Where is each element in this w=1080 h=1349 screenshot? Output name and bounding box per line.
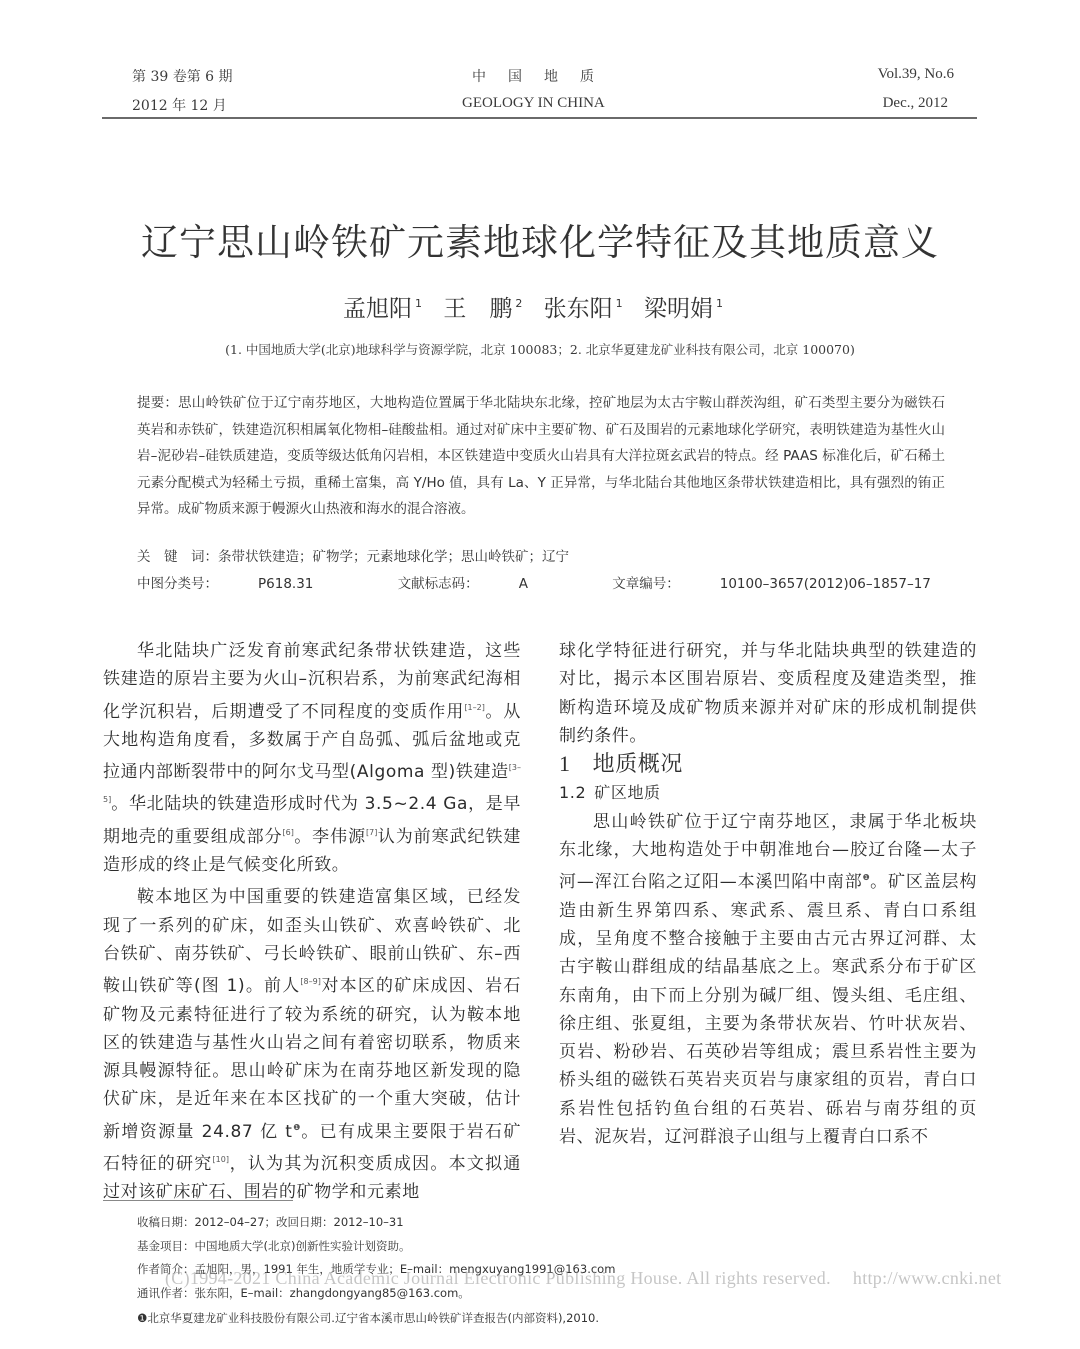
abstract-text: 思山岭铁矿位于辽宁南芬地区，大地构造位置属于华北陆块东北缘，控矿地层为太古宇鞍山… (137, 395, 945, 517)
abstract: 提要：思山岭铁矿位于辽宁南芬地区，大地构造位置属于华北陆块东北缘，控矿地层为太古… (137, 390, 945, 523)
footnote-marker-icon: ❶ (137, 1311, 147, 1325)
body-column-right: 球化学特征进行研究，并与华北陆块典型的铁建造的对比，揭示本区围岩原岩、变质程度及… (559, 637, 977, 1151)
citation-ref[interactable]: [10] (213, 1155, 229, 1164)
keywords-label: 关 键 词： (137, 549, 218, 565)
body-paragraph: 华北陆块广泛发育前寒武纪条带状铁建造，这些铁建造的原岩主要为火山–沉积岩系，为前… (103, 637, 521, 879)
footnote-marker-icon[interactable]: ❶ (863, 873, 870, 882)
header-rule (102, 117, 977, 119)
footnote-marker-icon[interactable]: ❶ (293, 1123, 302, 1132)
citation-ref[interactable]: [1–2] (464, 703, 484, 712)
author-affiliation-mark: 1 (415, 297, 422, 310)
issue-date-cn: 2012 年 12 月 (132, 95, 227, 115)
author-name: 孟旭阳 (343, 296, 412, 322)
body-column-left: 华北陆块广泛发育前寒武纪条带状铁建造，这些铁建造的原岩主要为火山–沉积岩系，为前… (103, 637, 521, 1207)
footnote-1: ❶北京华夏建龙矿业科技股份有限公司.辽宁省本溪市思山岭铁矿详查报告(内部资料),… (137, 1310, 599, 1326)
author-list: 孟旭阳1 王 鹏2 张东阳1 梁明娟1 (0, 290, 1080, 323)
section-heading: 1地质概况 (559, 750, 977, 779)
keywords-text: 条带状铁建造；矿物学；元素地球化学；思山岭铁矿；辽宁 (218, 549, 569, 565)
body-paragraph: 球化学特征进行研究，并与华北陆块典型的铁建造的对比，揭示本区围岩原岩、变质程度及… (559, 637, 977, 750)
issue-date-en: Dec., 2012 (883, 95, 948, 112)
body-paragraph: 鞍本地区为中国重要的铁建造富集区域，已经发现了一系列的矿床，如歪头山铁矿、欢喜岭… (103, 883, 521, 1206)
article-number: 文章编号：10100–3657(2012)06–1857–17 (612, 576, 971, 592)
document-code: 文献标志码：A (398, 576, 568, 592)
body-paragraph: 思山岭铁矿位于辽宁南芬地区，隶属于华北板块东北缘，大地构造处于中朝准地台—胶辽台… (559, 808, 977, 1152)
paper-title: 辽宁思山岭铁矿元素地球化学特征及其地质意义 (0, 212, 1080, 266)
fund-info: 基金项目：中国地质大学(北京)创新性实验计划资助。 (137, 1238, 410, 1254)
corresponding-author: 通讯作者：张东阳，E–mail：zhangdongyang85@163.com。 (137, 1285, 470, 1301)
citation-ref[interactable]: [7] (366, 828, 377, 837)
subsection-heading: 1.2矿区地质 (559, 779, 977, 807)
author-name: 梁明娟 (644, 296, 713, 322)
citation-ref[interactable]: [6] (283, 828, 294, 837)
author-affiliation-mark: 1 (616, 297, 623, 310)
abstract-label: 提要： (137, 395, 178, 411)
volume-en: Vol.39, No.6 (878, 66, 954, 83)
classification-info: 中图分类号：P618.31 文献标志码：A 文章编号：10100–3657(20… (137, 572, 1011, 592)
author-name: 王 鹏 (443, 296, 512, 322)
clc-number: 中图分类号：P618.31 (137, 576, 353, 592)
author-affiliation-mark: 2 (515, 297, 522, 310)
cnki-link[interactable]: http://www.cnki.net (853, 1268, 1002, 1288)
footnote-rule (103, 1200, 293, 1201)
affiliations: (1. 中国地质大学(北京)地球科学与资源学院，北京 100083；2. 北京华… (0, 340, 1080, 358)
journal-name-cn: 中国地质 (472, 66, 616, 86)
author-affiliation-mark: 1 (716, 297, 723, 310)
journal-name-en: GEOLOGY IN CHINA (462, 95, 605, 112)
received-dates: 收稿日期：2012–04–27；改回日期：2012–10–31 (137, 1214, 404, 1230)
author-name: 张东阳 (544, 296, 613, 322)
citation-ref[interactable]: [8–9] (300, 977, 320, 986)
keywords: 关 键 词：条带状铁建造；矿物学；元素地球化学；思山岭铁矿；辽宁 (137, 545, 569, 565)
volume-issue: 第 39 卷第 6 期 (132, 66, 233, 86)
